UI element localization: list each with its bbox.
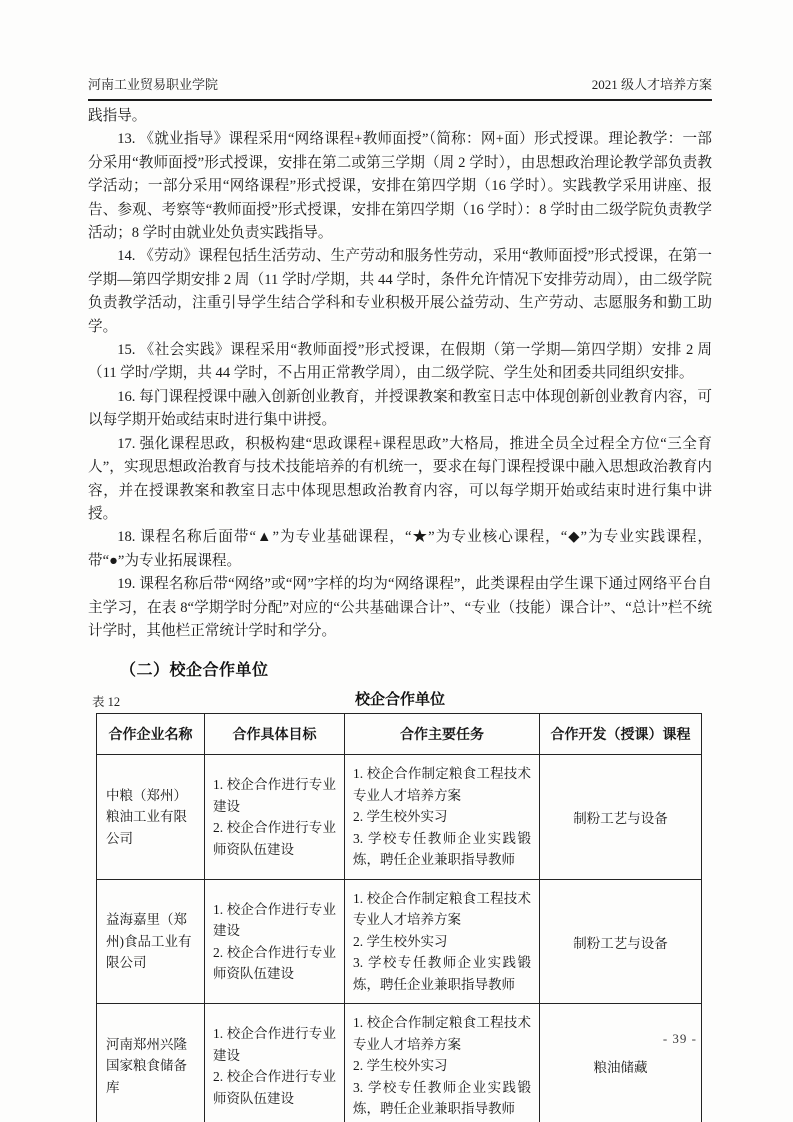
header-school-name: 河南工业贸易职业学院 bbox=[88, 74, 218, 93]
task-item: 2. 学生校外实习 bbox=[353, 931, 531, 953]
tasks-cell: 1. 校企合作制定粮食工程技术专业人才培养方案 2. 学生校外实习 3. 学校专… bbox=[345, 755, 540, 880]
course-cell: 制粉工艺与设备 bbox=[540, 879, 702, 1004]
table-header-row: 合作企业名称 合作具体目标 合作主要任务 合作开发（授课）课程 bbox=[97, 714, 702, 755]
paragraph-15: 15. 《社会实践》课程采用“教师面授”形式授课，在假期（第一学期—第四学期）安… bbox=[88, 339, 712, 386]
paragraph-14: 14. 《劳动》课程包括生活劳动、生产劳动和服务性劳动，采用“教师面授”形式授课… bbox=[88, 245, 712, 339]
continuation-text: 践指导。 bbox=[88, 105, 712, 128]
paragraph-13: 13. 《就业指导》课程采用“网络课程+教师面授”（简称：网+面）形式授课。理论… bbox=[88, 128, 712, 245]
company-cell: 中粮（郑州）粮油工业有限公司 bbox=[97, 755, 205, 880]
header-doc-title: 2021 级人才培养方案 bbox=[592, 74, 712, 93]
paragraph-19: 19. 课程名称后带“网络”或“网”字样的均为“网络课程”，此类课程由学生课下通… bbox=[88, 573, 712, 643]
task-item: 3. 学校专任教师企业实践锻炼，聘任企业兼职指导教师 bbox=[353, 828, 531, 871]
tasks-cell: 1. 校企合作制定粮食工程技术专业人才培养方案 2. 学生校外实习 3. 学校专… bbox=[345, 879, 540, 1004]
goal-item: 1. 校企合作进行专业建设 bbox=[213, 774, 336, 817]
paragraph-17: 17. 强化课程思政，积极构建“思政课程+课程思政”大格局，推进全员全过程全方位… bbox=[88, 433, 712, 527]
goal-item: 2. 校企合作进行专业师资队伍建设 bbox=[213, 1066, 336, 1109]
paragraph-16: 16. 每门课程授课中融入创新创业教育，并授课教案和教室日志中体现创新创业教育内… bbox=[88, 386, 712, 433]
page-header: 河南工业贸易职业学院 2021 级人才培养方案 bbox=[88, 74, 712, 101]
table-row: 河南郑州兴隆国家粮食储备库 1. 校企合作进行专业建设 2. 校企合作进行专业师… bbox=[97, 1004, 702, 1122]
goal-item: 1. 校企合作进行专业建设 bbox=[213, 1023, 336, 1066]
table-row: 中粮（郑州）粮油工业有限公司 1. 校企合作进行专业建设 2. 校企合作进行专业… bbox=[97, 755, 702, 880]
task-item: 2. 学生校外实习 bbox=[353, 1055, 531, 1077]
table-title: 校企合作单位 bbox=[88, 688, 712, 709]
column-header-course: 合作开发（授课）课程 bbox=[540, 714, 702, 755]
task-item: 1. 校企合作制定粮食工程技术专业人才培养方案 bbox=[353, 1012, 531, 1055]
goal-item: 1. 校企合作进行专业建设 bbox=[213, 899, 336, 942]
column-header-goals: 合作具体目标 bbox=[205, 714, 345, 755]
column-header-tasks: 合作主要任务 bbox=[345, 714, 540, 755]
section-heading: （二）校企合作单位 bbox=[88, 657, 712, 680]
tasks-cell: 1. 校企合作制定粮食工程技术专业人才培养方案 2. 学生校外实习 3. 学校专… bbox=[345, 1004, 540, 1122]
goal-item: 2. 校企合作进行专业师资队伍建设 bbox=[213, 817, 336, 860]
task-item: 1. 校企合作制定粮食工程技术专业人才培养方案 bbox=[353, 888, 531, 931]
page-number: - 39 - bbox=[663, 1031, 697, 1047]
column-header-company: 合作企业名称 bbox=[97, 714, 205, 755]
task-item: 2. 学生校外实习 bbox=[353, 806, 531, 828]
page-content: 践指导。 13. 《就业指导》课程采用“网络课程+教师面授”（简称：网+面）形式… bbox=[88, 105, 712, 1122]
task-item: 1. 校企合作制定粮食工程技术专业人才培养方案 bbox=[353, 763, 531, 806]
company-cell: 益海嘉里（郑州)食品工业有限公司 bbox=[97, 879, 205, 1004]
course-cell: 粮油储藏 bbox=[540, 1004, 702, 1122]
table-label: 表 12 bbox=[92, 692, 120, 710]
table-caption: 表 12 校企合作单位 bbox=[88, 688, 712, 711]
table-row: 益海嘉里（郑州)食品工业有限公司 1. 校企合作进行专业建设 2. 校企合作进行… bbox=[97, 879, 702, 1004]
document-page: 河南工业贸易职业学院 2021 级人才培养方案 践指导。 13. 《就业指导》课… bbox=[0, 0, 793, 1122]
goal-item: 2. 校企合作进行专业师资队伍建设 bbox=[213, 942, 336, 985]
cooperation-table: 合作企业名称 合作具体目标 合作主要任务 合作开发（授课）课程 中粮（郑州）粮油… bbox=[96, 713, 702, 1122]
company-cell: 河南郑州兴隆国家粮食储备库 bbox=[97, 1004, 205, 1122]
goals-cell: 1. 校企合作进行专业建设 2. 校企合作进行专业师资队伍建设 bbox=[205, 755, 345, 880]
goals-cell: 1. 校企合作进行专业建设 2. 校企合作进行专业师资队伍建设 bbox=[205, 879, 345, 1004]
task-item: 3. 学校专任教师企业实践锻炼，聘任企业兼职指导教师 bbox=[353, 952, 531, 995]
goals-cell: 1. 校企合作进行专业建设 2. 校企合作进行专业师资队伍建设 bbox=[205, 1004, 345, 1122]
course-cell: 制粉工艺与设备 bbox=[540, 755, 702, 880]
task-item: 3. 学校专任教师企业实践锻炼，聘任企业兼职指导教师 bbox=[353, 1077, 531, 1120]
paragraph-18: 18. 课程名称后面带“▲”为专业基础课程，“★”为专业核心课程，“◆”为专业实… bbox=[88, 526, 712, 573]
